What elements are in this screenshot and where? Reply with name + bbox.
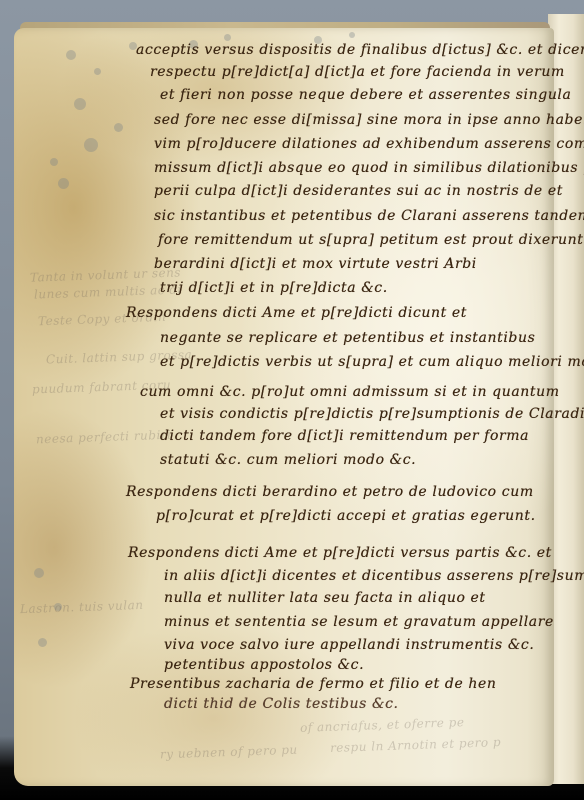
manuscript-line: Respondens dicti Ame et p[re]dicti dicun…	[126, 305, 467, 321]
foxing-spot	[38, 638, 47, 647]
manuscript-line: et visis condictis p[re]dictis p[re]sump…	[160, 406, 584, 422]
manuscript-line: perii culpa d[ict]i desiderantes sui ac …	[154, 183, 563, 199]
foxing-spot	[50, 158, 58, 166]
manuscript-line: cum omni &c. p[ro]ut omni admissum si et…	[140, 384, 560, 400]
manuscript-line: nulla et nulliter lata seu facta in aliq…	[164, 590, 486, 606]
manuscript-line: viva voce salvo iure appellandi instrume…	[164, 637, 534, 653]
foxing-spot	[114, 123, 123, 132]
manuscript-line: acceptis versus dispositis de finalibus …	[136, 42, 584, 58]
manuscript-line: in aliis d[ict]i dicentes et dicentibus …	[164, 568, 584, 584]
manuscript-line: Respondens dicti Ame et p[re]dicti versu…	[128, 545, 552, 561]
manuscript-line: statuti &c. cum meliori modo &c.	[160, 452, 416, 468]
manuscript-line: dicti tandem fore d[ict]i remittendum pe…	[160, 428, 529, 444]
manuscript-line: Presentibus zacharia de fermo et filio e…	[130, 676, 497, 692]
manuscript-line: berardini d[ict]i et mox virtute vestri …	[154, 256, 477, 272]
manuscript-scan: Tanta in volunt ur sens lunes cum multis…	[0, 0, 584, 800]
manuscript-line: minus et sententia se lesum et gravatum …	[164, 614, 554, 630]
foxing-spot	[58, 178, 69, 189]
foxing-spot	[66, 50, 76, 60]
manuscript-line: dicti thid de Colis testibus &c.	[164, 696, 399, 712]
manuscript-line: sic instantibus et petentibus de Clarani…	[154, 208, 584, 224]
manuscript-line: sed fore nec esse di[missa] sine mora in…	[154, 112, 584, 128]
manuscript-line: trij d[ict]i et in p[re]dicta &c.	[160, 280, 388, 296]
manuscript-line: p[ro]curat et p[re]dicti accepi et grati…	[156, 508, 536, 524]
foxing-spot	[84, 138, 98, 152]
foxing-spot	[74, 98, 86, 110]
manuscript-line: et fieri non posse neque debere et asser…	[160, 87, 571, 103]
manuscript-line: respectu p[re]dict[a] d[ict]a et fore fa…	[150, 64, 565, 80]
manuscript-line: vim p[ro]ducere dilationes ad exhibendum…	[154, 136, 584, 152]
manuscript-line: et p[re]dictis verbis ut s[upra] et cum …	[160, 354, 584, 370]
manuscript-line: fore remittendum ut s[upra] petitum est …	[158, 232, 584, 248]
manuscript-line: negante se replicare et petentibus et in…	[160, 330, 535, 346]
manuscript-line: Respondens dicti berardino et petro de l…	[126, 484, 534, 500]
manuscript-line: missum d[ict]i absque eo quod in similib…	[154, 160, 584, 176]
foxing-spot	[94, 68, 101, 75]
foxing-spot	[224, 34, 231, 41]
foxing-spot	[34, 568, 44, 578]
manuscript-line: petentibus appostolos &c.	[164, 657, 364, 673]
foxing-spot	[349, 32, 355, 38]
